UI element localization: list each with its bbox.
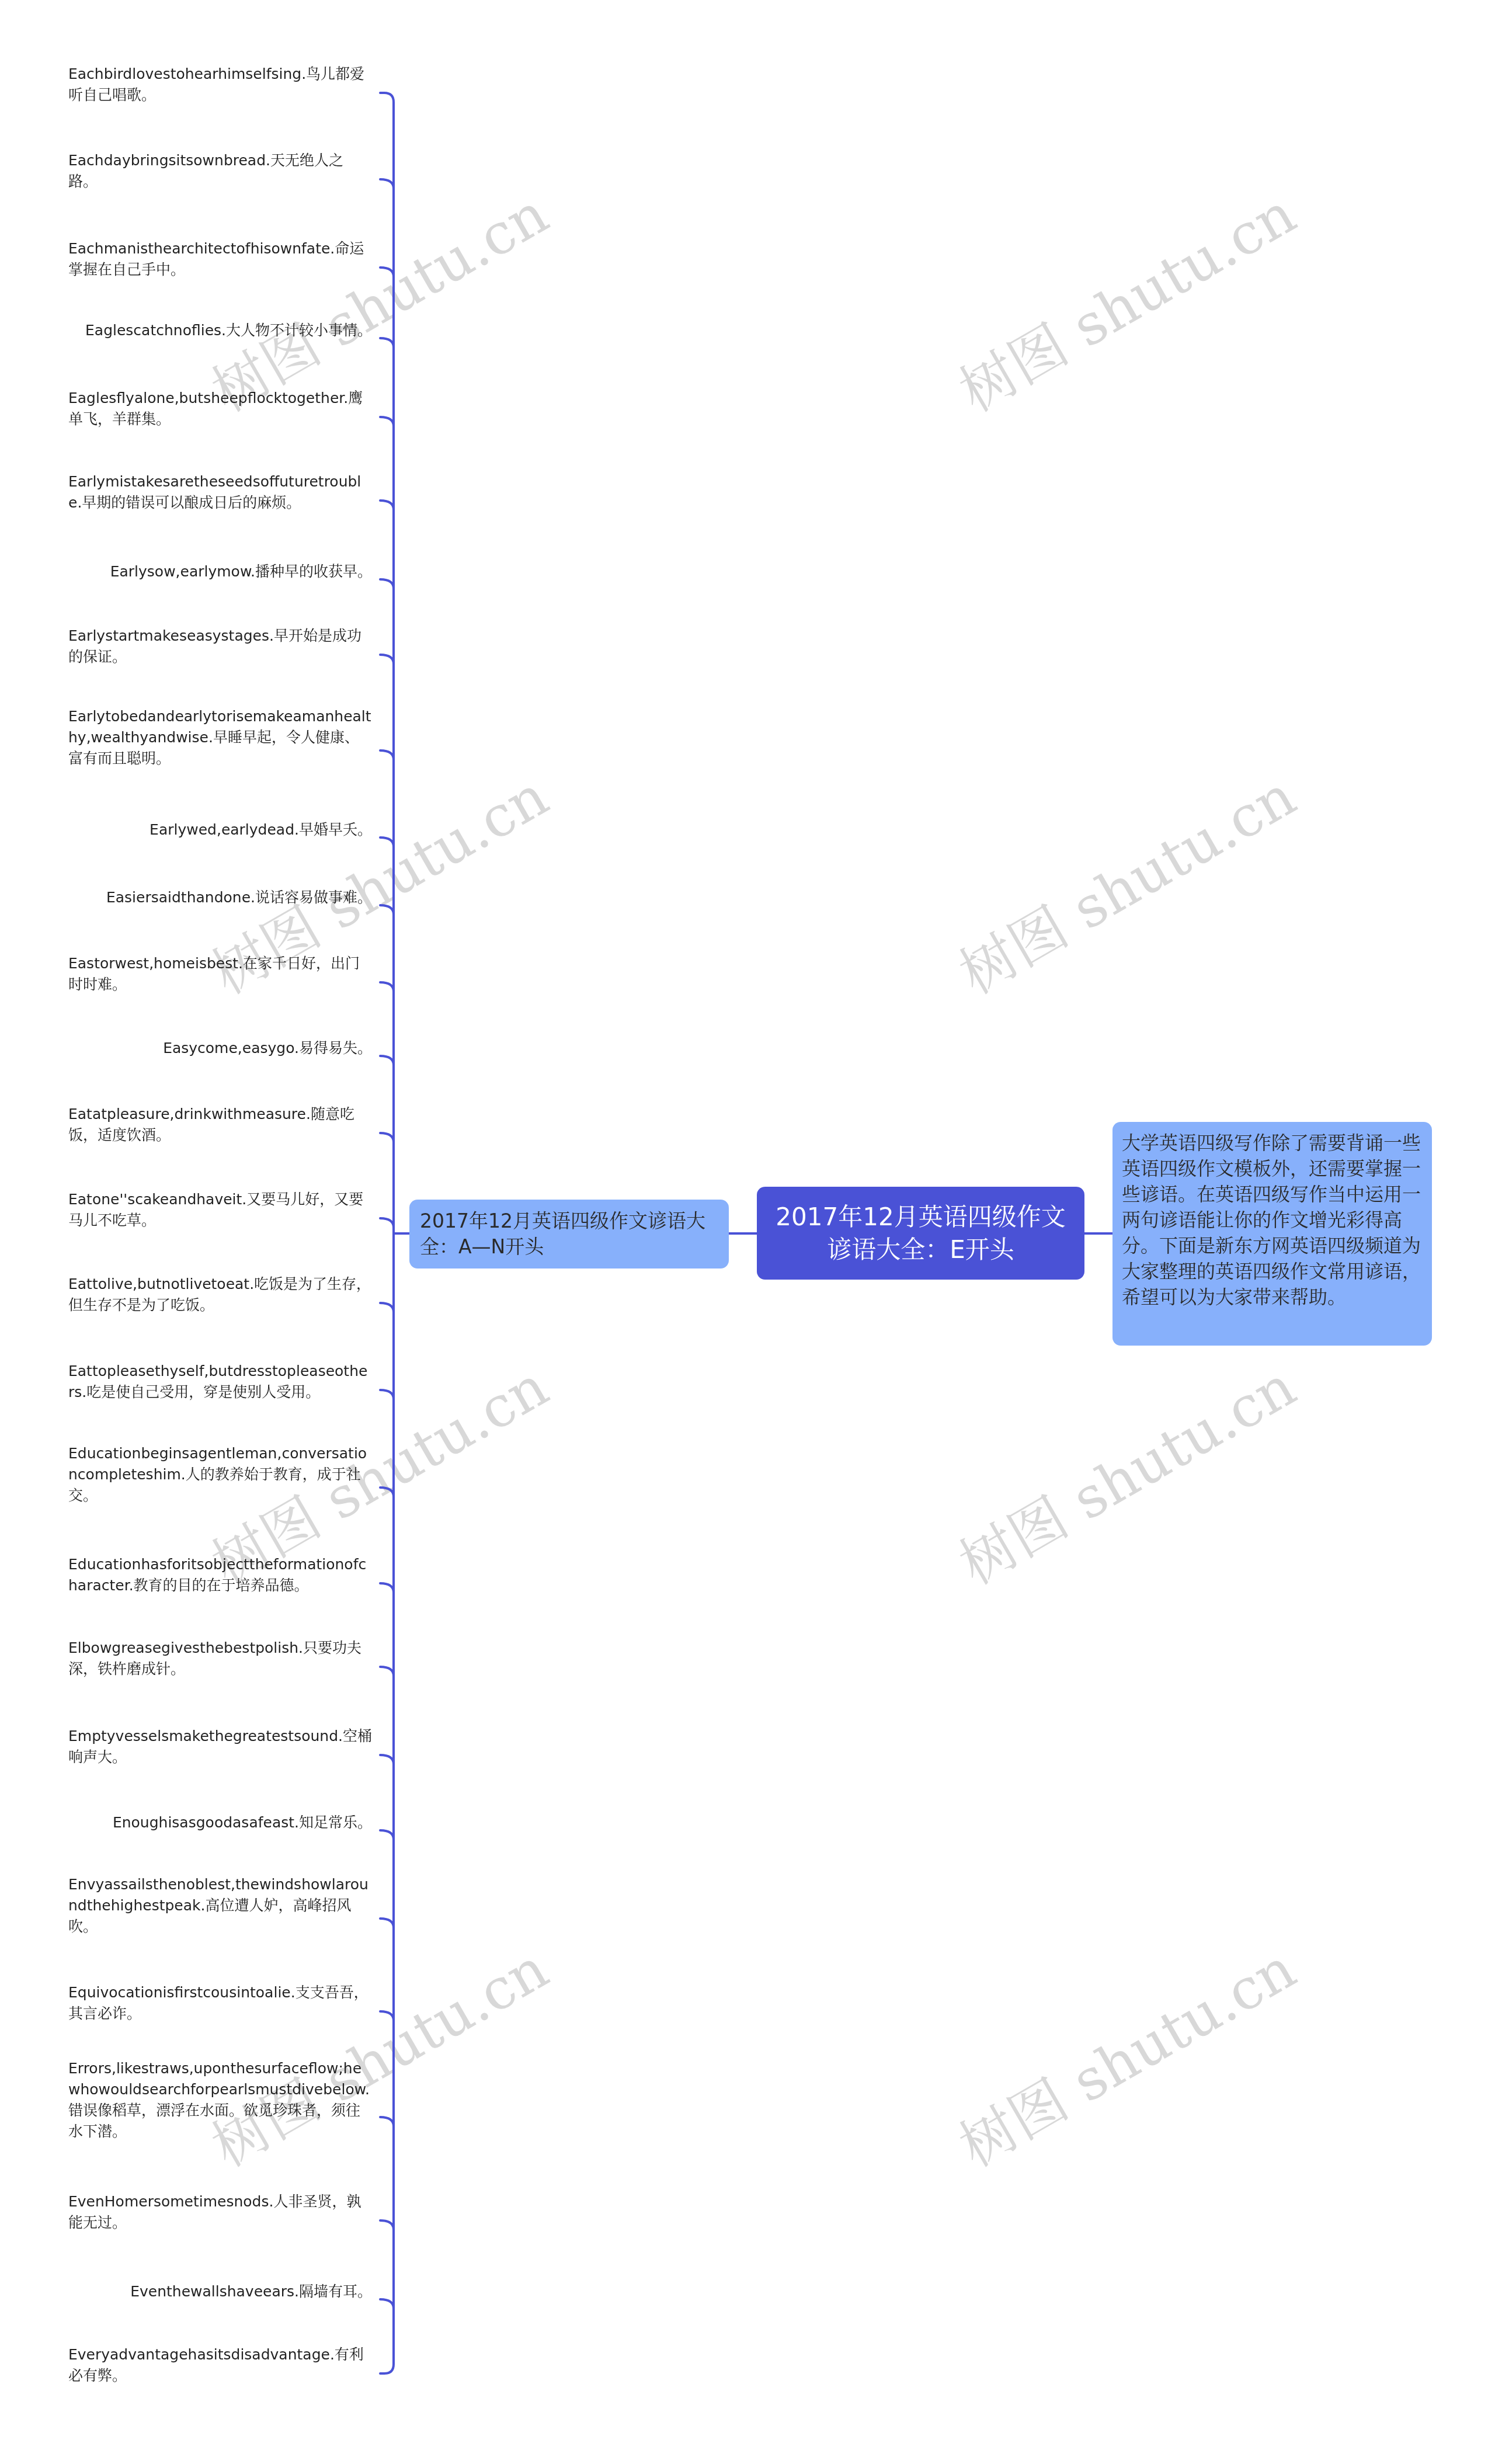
description-node[interactable]: 大学英语四级写作除了需要背诵一些英语四级作文模板外，还需要掌握一些谚语。在英语四… <box>1112 1122 1432 1346</box>
proverb-item[interactable]: Everyadvantagehasitsdisadvantage.有利必有弊。 <box>68 2344 372 2386</box>
root-node-title: 2017年12月英语四级作文谚语大全：E开头 <box>769 1201 1073 1266</box>
proverb-item[interactable]: Earlysow,earlymow.播种早的收获早。 <box>110 561 372 582</box>
proverb-item[interactable]: Eaglescatchnoflies.大人物不计较小事情。 <box>85 320 372 341</box>
proverb-item[interactable]: Eatatpleasure,drinkwithmeasure.随意吃饭，适度饮酒… <box>68 1104 372 1146</box>
proverb-item[interactable]: EvenHomersometimesnods.人非圣贤，孰能无过。 <box>68 2191 372 2233</box>
proverb-item[interactable]: Eachbirdlovestohearhimselfsing.鸟儿都爱听自己唱歌… <box>68 64 372 106</box>
description-text: 大学英语四级写作除了需要背诵一些英语四级作文模板外，还需要掌握一些谚语。在英语四… <box>1122 1130 1423 1310</box>
proverb-item[interactable]: Elbowgreasegivesthebestpolish.只要功夫深，铁杵磨成… <box>68 1638 372 1680</box>
proverb-item[interactable]: Enoughisasgoodasafeast.知足常乐。 <box>113 1812 372 1833</box>
proverb-item[interactable]: Earlystartmakeseasystages.早开始是成功的保证。 <box>68 625 372 668</box>
proverb-item[interactable]: Emptyvesselsmakethegreatestsound.空桶响声大。 <box>68 1726 372 1768</box>
proverb-item[interactable]: Eaglesflyalone,butsheepflocktogether.鹰单飞… <box>68 388 372 430</box>
proverb-item[interactable]: Eatone''scakeandhaveit.又要马儿好，又要马儿不吃草。 <box>68 1189 372 1231</box>
proverb-item[interactable]: Earlywed,earlydead.早婚早夭。 <box>149 819 372 840</box>
proverb-item[interactable]: Eachmanisthearchitectofhisownfate.命运掌握在自… <box>68 238 372 280</box>
branch-node-label: 2017年12月英语四级作文谚语大全：A—N开头 <box>420 1208 718 1260</box>
branch-node-a-n[interactable]: 2017年12月英语四级作文谚语大全：A—N开头 <box>409 1200 729 1269</box>
proverb-item[interactable]: Easiersaidthandone.说话容易做事难。 <box>106 887 372 908</box>
proverb-item[interactable]: Educationbeginsagentleman,conversationco… <box>68 1443 372 1506</box>
proverb-item[interactable]: Eattopleasethyself,butdresstopleaseother… <box>68 1361 372 1403</box>
proverb-item[interactable]: Educationhasforitsobjecttheformationofch… <box>68 1554 372 1596</box>
proverb-item[interactable]: Eattolive,butnotlivetoeat.吃饭是为了生存，但生存不是为… <box>68 1274 372 1316</box>
proverb-item[interactable]: Errors,likestraws,uponthesurfaceflow;hew… <box>68 2058 372 2142</box>
proverb-item[interactable]: Eventhewallshaveears.隔墙有耳。 <box>130 2281 372 2302</box>
proverb-item[interactable]: Easycome,easygo.易得易失。 <box>163 1038 372 1059</box>
mindmap-canvas: 树图 shutu.cn 树图 shutu.cn 树图 shutu.cn 树图 s… <box>0 0 1495 2464</box>
proverb-item[interactable]: Equivocationisfirstcousintoalie.支支吾吾，其言必… <box>68 1982 372 2024</box>
proverb-item[interactable]: Envyassailsthenoblest,thewindshowlaround… <box>68 1874 372 1937</box>
proverb-item[interactable]: Eastorwest,homeisbest.在家千日好，出门时时难。 <box>68 953 372 995</box>
proverb-item[interactable]: Earlytobedandearlytorisemakeamanhealthy,… <box>68 706 372 769</box>
proverb-item[interactable]: Eachdaybringsitsownbread.天无绝人之路。 <box>68 150 372 192</box>
proverb-item[interactable]: Earlymistakesaretheseedsoffuturetrouble.… <box>68 471 372 513</box>
root-node[interactable]: 2017年12月英语四级作文谚语大全：E开头 <box>757 1187 1084 1280</box>
